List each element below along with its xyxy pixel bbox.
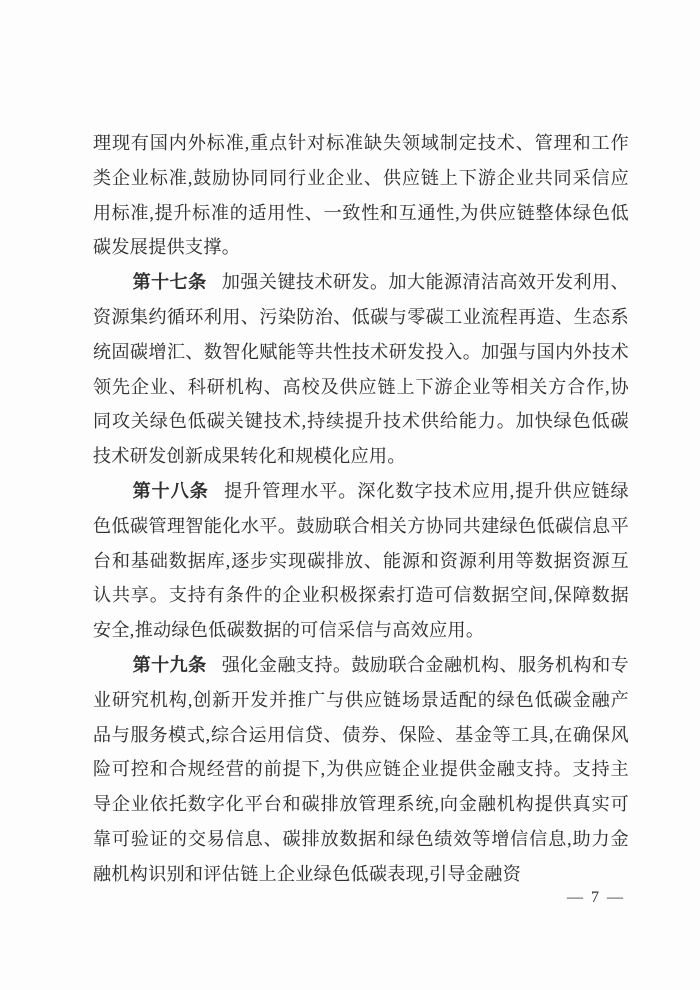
paragraph-article-18: 第十八条提升管理水平。深化数字技术应用,提升供应链绿色低碳管理智能化水平。鼓励联… — [93, 474, 629, 648]
article-17-text: 加强关键技术研发。加大能源清洁高效开发利用、资源集约循环利用、污染防治、低碳与零… — [93, 272, 629, 466]
article-17-number: 第十七条 — [133, 272, 207, 292]
article-19-number: 第十九条 — [133, 655, 207, 675]
article-18-text: 提升管理水平。深化数字技术应用,提升供应链绿色低碳管理智能化水平。鼓励联合相关方… — [93, 481, 629, 640]
paragraph-continued: 理现有国内外标准,重点针对标准缺失领域制定技术、管理和工作类企业标准,鼓励协同同… — [93, 126, 629, 265]
document-body: 理现有国内外标准,重点针对标准缺失领域制定技术、管理和工作类企业标准,鼓励协同同… — [93, 126, 629, 892]
document-page: 理现有国内外标准,重点针对标准缺失领域制定技术、管理和工作类企业标准,鼓励协同同… — [0, 0, 700, 990]
paragraph-continued-text: 理现有国内外标准,重点针对标准缺失领域制定技术、管理和工作类企业标准,鼓励协同同… — [93, 133, 629, 257]
page-number: — 7 — — [567, 889, 625, 907]
article-18-number: 第十八条 — [133, 481, 209, 501]
paragraph-article-19: 第十九条强化金融支持。鼓励联合金融机构、服务机构和专业研究机构,创新开发并推广与… — [93, 648, 629, 892]
article-19-text: 强化金融支持。鼓励联合金融机构、服务机构和专业研究机构,创新开发并推广与供应链场… — [93, 655, 629, 884]
paragraph-article-17: 第十七条加强关键技术研发。加大能源清洁高效开发利用、资源集约循环利用、污染防治、… — [93, 265, 629, 474]
